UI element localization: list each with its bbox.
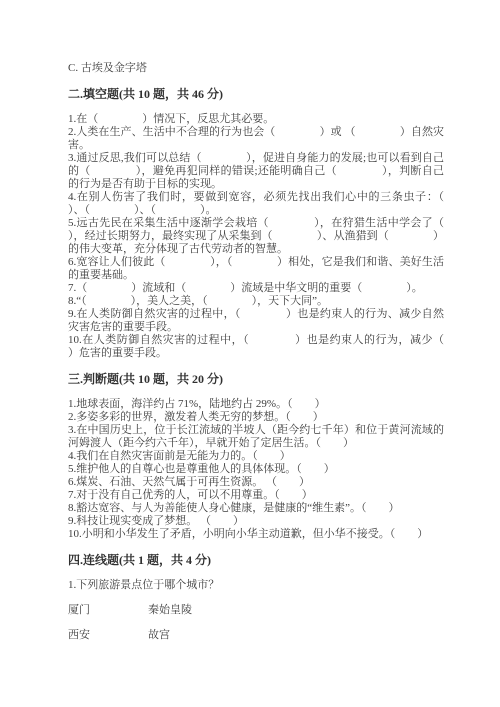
section-true-false: 三.判断题(共 10 题，共 20 分) 1.地球表面，海洋约占 71%，陆地约… (68, 372, 444, 541)
fill-question-2: 2.人类在生产、生活中不合理的行为也会（ ）或 （ ）自然灾害。 (68, 126, 444, 152)
fill-question-1: 1.在（ ）情况下，反思尤其必要。 (68, 113, 444, 126)
matching-right-item: 故宫 (148, 629, 170, 642)
matching-question: 1.下列旅游景点位于哪个城市？ (68, 579, 444, 592)
judge-question-1: 1.地球表面，海洋约占 71%，陆地约占 29%。（ ） (68, 398, 444, 411)
fill-question-4: 4.在别人伤害了我们时，要做到宽容，必须先找出我们心中的三条虫子：（ ）、（ ）… (68, 191, 444, 217)
matching-left-item: 西安 (68, 629, 148, 642)
fill-question-7: 7.（ ）流域和（ ）流域是中华文明的重要（ ）。 (68, 282, 444, 295)
judge-question-4: 4.我们在自然灾害面前是无能为力的。（ ） (68, 450, 444, 463)
matching-left-item: 厦门 (68, 604, 148, 617)
judge-question-6: 6.煤炭、石油、天然气属于可再生资源。 （ ） (68, 476, 444, 489)
judge-question-10: 10.小明和小华发生了矛盾，小明向小华主动道歉，但小华不接受。（ ） (68, 528, 444, 541)
fill-question-9: 9.在人类防御自然灾害的过程中，（ ）也是约束人的行为、减少自然灾害危害的重要手… (68, 308, 444, 334)
matching-right-item: 秦始皇陵 (148, 604, 192, 617)
judge-question-8: 8.豁达宽容、与人为善能使人身心健康，是健康的“维生素”。（ ） (68, 502, 444, 515)
fill-question-3: 3.通过反思,我们可以总结（ ），促进自身能力的发展;也可以看到自己的（ ），避… (68, 152, 444, 191)
section-matching: 四.连线题(共 1 题，共 4 分) 1.下列旅游景点位于哪个城市？ 厦门 秦始… (68, 553, 444, 642)
matching-row: 西安 故宫 (68, 629, 444, 642)
choice-option-c: C. 古埃及金字塔 (68, 62, 444, 75)
section-fill-in-blank: 二.填空题(共 10 题，共 46 分) 1.在（ ）情况下，反思尤其必要。 2… (68, 87, 444, 360)
fill-question-8: 8.“（ ），美人之美，（ ），天下大同”。 (68, 295, 444, 308)
judge-section-heading: 三.判断题(共 10 题，共 20 分) (68, 372, 444, 386)
fill-section-heading: 二.填空题(共 10 题，共 46 分) (68, 87, 444, 101)
judge-question-2: 2.多姿多彩的世界，激发着人类无穷的梦想。（ ） (68, 411, 444, 424)
fill-question-6: 6.宽容让人们彼此（ ），（ ）相处，它是我们和谐、美好生活的重要基础。 (68, 256, 444, 282)
fill-question-10: 10.在人类防御自然灾害的过程中，（ ）也是约束人的行为，减少（ ）危害的重要手… (68, 334, 444, 360)
judge-question-7: 7.对于没有自己优秀的人，可以不用尊重。（ ） (68, 489, 444, 502)
fill-question-5: 5.远古先民在采集生活中逐渐学会栽培（ ），在狩猎生活中学会了（ ），经过长期努… (68, 217, 444, 256)
judge-question-5: 5.维护他人的自尊心也是尊重他人的具体体现。（ ） (68, 463, 444, 476)
matching-row: 厦门 秦始皇陵 (68, 604, 444, 617)
matching-section-heading: 四.连线题(共 1 题，共 4 分) (68, 553, 444, 567)
judge-question-3: 3.在中国历史上，位于长江流域的半坡人（距今约七千年）和位于黄河流域的河姆渡人（… (68, 424, 444, 450)
judge-question-9: 9.科技让现实变成了梦想。 （ ） (68, 515, 444, 528)
exam-paper-page: C. 古埃及金字塔 二.填空题(共 10 题，共 46 分) 1.在（ ）情况下… (0, 0, 500, 707)
